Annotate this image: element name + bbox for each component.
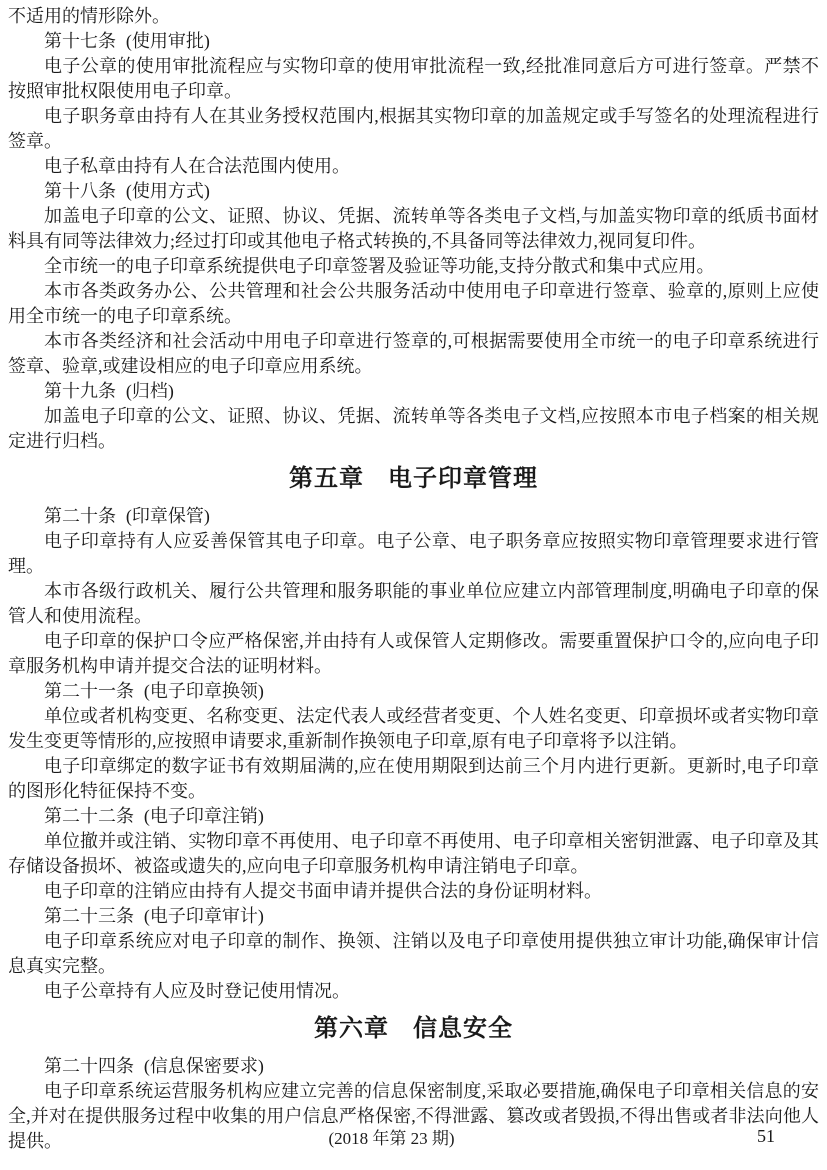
paragraph: 电子印章持有人应妥善保管其电子印章。电子公章、电子职务章应按照实物印章管理要求进…	[8, 529, 819, 579]
article-heading: 第二十三条(电子印章审计)	[8, 904, 819, 929]
article-number: 第二十三条	[44, 906, 134, 926]
document-page: 不适用的情形除外。第十七条(使用审批)电子公章的使用审批流程应与实物印章的使用审…	[0, 0, 827, 1170]
paragraph: 电子公章的使用审批流程应与实物印章的使用审批流程一致,经批准同意后方可进行签章。…	[8, 54, 819, 104]
article-heading: 第十八条(使用方式)	[8, 179, 819, 204]
article-number: 第十七条	[44, 31, 116, 51]
article-number: 第十八条	[44, 181, 116, 201]
chapter-heading: 第六章信息安全	[8, 1013, 819, 1045]
paragraph: 全市统一的电子印章系统提供电子印章签署及验证等功能,支持分散式和集中式应用。	[8, 254, 819, 279]
article-number: 第二十四条	[44, 1056, 134, 1076]
page-footer: (2018 年第 23 期) 51	[0, 1126, 827, 1151]
paragraph: 电子印章系统应对电子印章的制作、换领、注销以及电子印章使用提供独立审计功能,确保…	[8, 929, 819, 979]
article-heading: 第二十一条(电子印章换领)	[8, 679, 819, 704]
article-number: 第十九条	[44, 381, 116, 401]
article-title: (印章保管)	[126, 506, 210, 526]
article-number: 第二十一条	[44, 681, 134, 701]
paragraph: 电子私章由持有人在合法范围内使用。	[8, 154, 819, 179]
chapter-number: 第五章	[289, 466, 364, 492]
article-heading: 第十七条(使用审批)	[8, 29, 819, 54]
paragraph: 电子印章的保护口令应严格保密,并由持有人或保管人定期修改。需要重置保护口令的,应…	[8, 629, 819, 679]
paragraph: 不适用的情形除外。	[8, 4, 819, 29]
paragraph: 单位或者机构变更、名称变更、法定代表人或经营者变更、个人姓名变更、印章损坏或者实…	[8, 704, 819, 754]
article-title: (电子印章审计)	[144, 906, 264, 926]
chapter-title: 信息安全	[413, 1016, 513, 1042]
issue-label: (2018 年第 23 期)	[0, 1126, 827, 1151]
document-body: 不适用的情形除外。第十七条(使用审批)电子公章的使用审批流程应与实物印章的使用审…	[8, 4, 819, 1154]
article-title: (使用审批)	[126, 31, 210, 51]
paragraph: 加盖电子印章的公文、证照、协议、凭据、流转单等各类电子文档,应按照本市电子档案的…	[8, 404, 819, 454]
paragraph: 加盖电子印章的公文、证照、协议、凭据、流转单等各类电子文档,与加盖实物印章的纸质…	[8, 204, 819, 254]
paragraph: 本市各类经济和社会活动中用电子印章进行签章的,可根据需要使用全市统一的电子印章系…	[8, 329, 819, 379]
article-heading: 第二十条(印章保管)	[8, 504, 819, 529]
article-heading: 第十九条(归档)	[8, 379, 819, 404]
article-heading: 第二十四条(信息保密要求)	[8, 1054, 819, 1079]
paragraph: 本市各类政务办公、公共管理和社会公共服务活动中使用电子印章进行签章、验章的,原则…	[8, 279, 819, 329]
page-number: 51	[757, 1124, 775, 1149]
article-number: 第二十条	[44, 506, 116, 526]
article-number: 第二十二条	[44, 806, 134, 826]
paragraph: 单位撤并或注销、实物印章不再使用、电子印章不再使用、电子印章相关密钥泄露、电子印…	[8, 829, 819, 879]
paragraph: 电子印章绑定的数字证书有效期届满的,应在使用期限到达前三个月内进行更新。更新时,…	[8, 754, 819, 804]
paragraph: 本市各级行政机关、履行公共管理和服务职能的事业单位应建立内部管理制度,明确电子印…	[8, 579, 819, 629]
article-heading: 第二十二条(电子印章注销)	[8, 804, 819, 829]
paragraph: 电子公章持有人应及时登记使用情况。	[8, 979, 819, 1004]
chapter-title: 电子印章管理	[388, 466, 538, 492]
paragraph: 电子印章的注销应由持有人提交书面申请并提供合法的身份证明材料。	[8, 879, 819, 904]
chapter-number: 第六章	[314, 1016, 389, 1042]
chapter-heading: 第五章电子印章管理	[8, 463, 819, 495]
article-title: (信息保密要求)	[144, 1056, 264, 1076]
article-title: (电子印章注销)	[144, 806, 264, 826]
article-title: (使用方式)	[126, 181, 210, 201]
article-title: (归档)	[126, 381, 174, 401]
paragraph: 电子职务章由持有人在其业务授权范围内,根据其实物印章的加盖规定或手写签名的处理流…	[8, 104, 819, 154]
article-title: (电子印章换领)	[144, 681, 264, 701]
